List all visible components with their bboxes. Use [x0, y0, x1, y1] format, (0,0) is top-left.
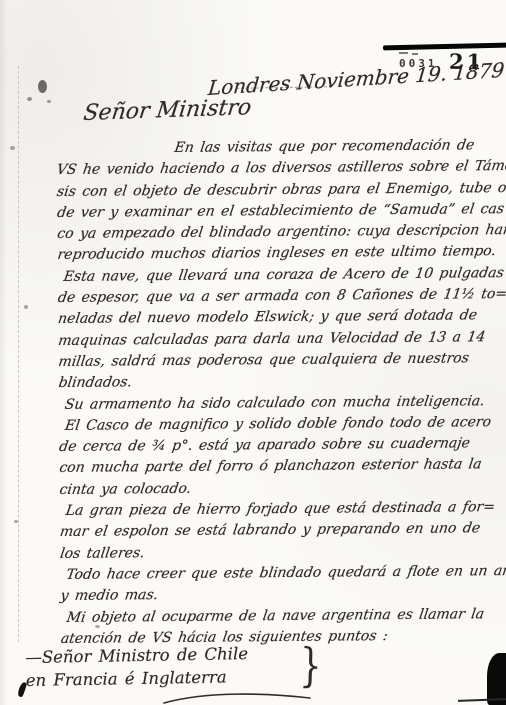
- scan-corner-blob: [487, 653, 506, 705]
- scan-top-edge-mark: [383, 43, 506, 51]
- signature-flourish: [162, 690, 312, 705]
- dateline: Londres Noviembre 19. 1879: [207, 58, 505, 100]
- scan-speck: [10, 146, 15, 150]
- scan-speck: [47, 100, 51, 103]
- letter-body: En las visitas que por recomendación deV…: [55, 135, 506, 650]
- scan-speck: [14, 520, 18, 523]
- letter-paragraph: El Casco de magnifico y solido doble fon…: [57, 412, 506, 501]
- salutation: Señor Ministro: [82, 95, 253, 126]
- scan-dash: [412, 53, 418, 55]
- letter-paragraph: Mi objeto al ocuparme de la nave argenti…: [59, 604, 506, 651]
- scan-speck: [24, 305, 28, 309]
- closing-brace: }: [299, 638, 322, 693]
- closing-block: —Señor Ministro de Chileen Francia é Ing…: [25, 642, 248, 692]
- letter-paragraph: En las visitas que por recomendación deV…: [55, 135, 505, 267]
- scan-smudge: [38, 80, 47, 93]
- scan-dash: [399, 52, 408, 54]
- letter-paragraph: Esta nave, que llevará una coraza de Ace…: [56, 263, 506, 395]
- scan-speck: [27, 97, 32, 101]
- letter-paragraph: Todo hace creer que este blindado quedar…: [58, 561, 506, 608]
- letter-paragraph: La gran pieza de hierro forjado que está…: [58, 497, 506, 565]
- scanned-letter-page: 0031 21 Londres Noviembre 19. 1879 Señor…: [0, 0, 506, 705]
- left-margin-rule: [18, 66, 19, 642]
- closing-line: en Francia é Inglaterra: [26, 665, 249, 692]
